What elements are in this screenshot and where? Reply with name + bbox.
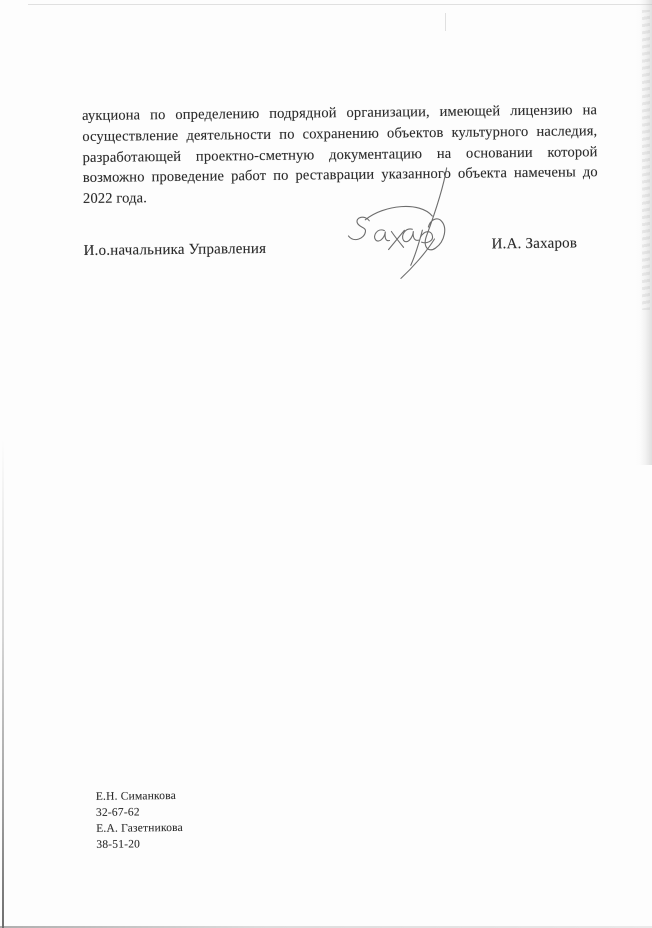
contact-phone: 32-67-62 [96,804,183,821]
document-content: аукциона по определению подрядной органи… [0,0,652,928]
signature-block: И.о.начальника Управления [0,0,651,1]
scanned-document-page: аукциона по определению подрядной органи… [0,0,652,928]
contact-phone: 38-51-20 [96,836,183,853]
signatory-name: И.А. Захаров [491,235,577,253]
contact-name: Е.Н. Симанкова [96,788,183,805]
contacts-block: Е.Н. Симанкова 32-67-62 Е.А. Газетникова… [96,788,183,853]
signer-position-label: И.о.начальника Управления [84,241,267,260]
contact-name: Е.А. Газетникова [96,820,183,837]
handwritten-signature-icon [336,160,467,283]
